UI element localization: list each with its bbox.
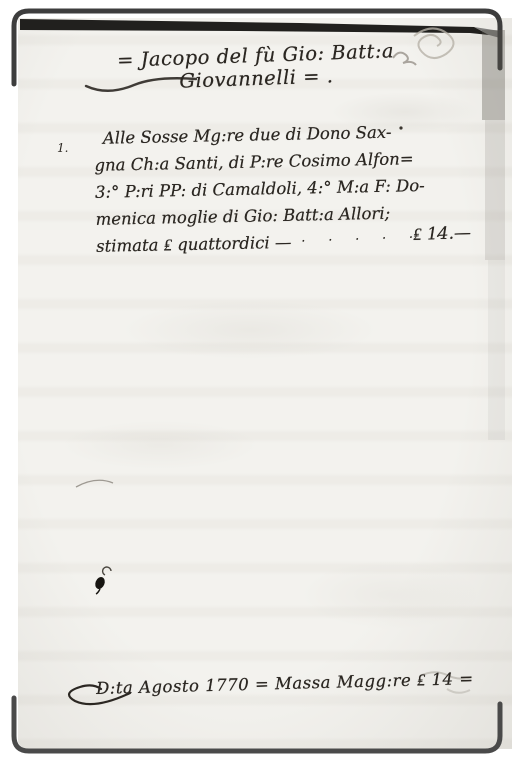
assessed-amount: ₤ 14.— xyxy=(413,223,472,245)
entry-number: 1. xyxy=(57,141,68,155)
manuscript-scan-page: = Jacopo del fù Gio: Batt:a Giovannelli … xyxy=(0,0,512,760)
